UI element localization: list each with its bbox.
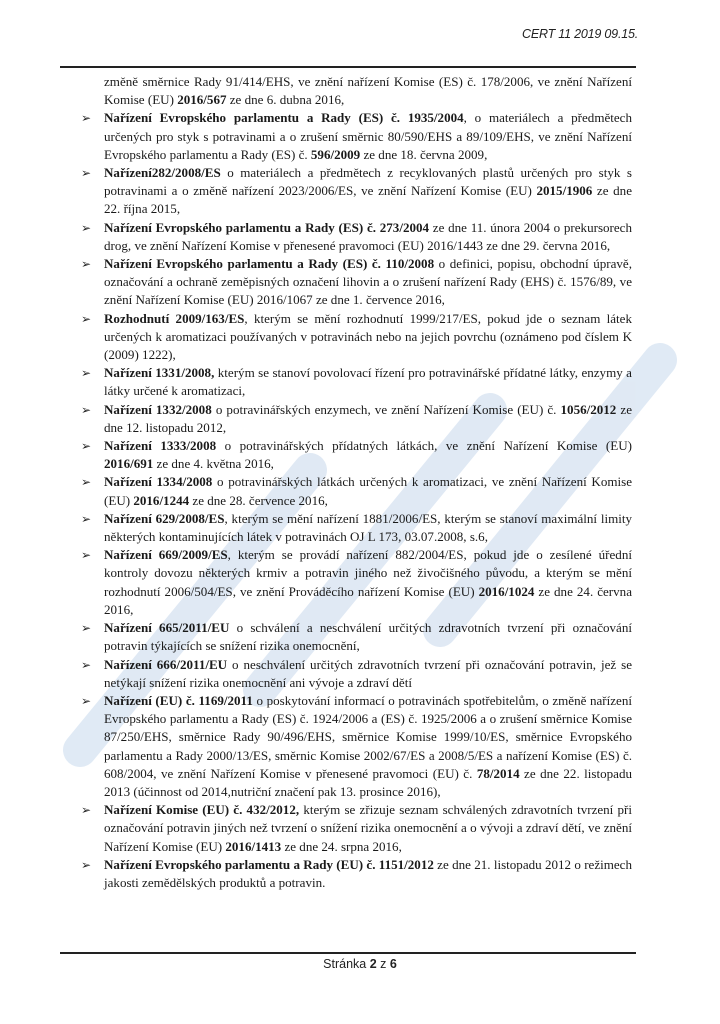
regulation-reference: 2016/691 bbox=[104, 456, 153, 471]
regulation-text: ze dne 28. července 2016, bbox=[189, 493, 328, 508]
regulation-reference: Nařízení 1333/2008 bbox=[104, 438, 216, 453]
regulation-reference: 2016/1244 bbox=[133, 493, 189, 508]
regulation-reference: Nařízení 1334/2008 bbox=[104, 474, 212, 489]
regulation-reference: 1056/2012 bbox=[561, 402, 617, 417]
regulation-item: ➢Nařízení 1332/2008 o potravinářských en… bbox=[81, 401, 632, 437]
arrow-bullet-icon: ➢ bbox=[81, 510, 91, 528]
regulation-item: ➢Rozhodnutí 2009/163/ES, kterým se mění … bbox=[81, 310, 632, 365]
regulation-reference: Nařízení Evropského parlamentu a Rady (E… bbox=[104, 220, 429, 235]
regulation-item: ➢Nařízení 669/2009/ES, kterým se provádí… bbox=[81, 546, 632, 619]
regulation-reference: 596/2009 bbox=[311, 147, 360, 162]
arrow-bullet-icon: ➢ bbox=[81, 801, 91, 819]
arrow-bullet-icon: ➢ bbox=[81, 473, 91, 491]
arrow-bullet-icon: ➢ bbox=[81, 109, 91, 127]
regulation-text: ze dne 4. května 2016, bbox=[153, 456, 274, 471]
regulation-item: ➢Nařízení (EU) č. 1169/2011 o poskytován… bbox=[81, 692, 632, 801]
regulation-text: ze dne 24. srpna 2016, bbox=[281, 839, 402, 854]
arrow-bullet-icon: ➢ bbox=[81, 364, 91, 382]
regulation-item: ➢Nařízení Evropského parlamentu a Rady (… bbox=[81, 856, 632, 892]
document-code: CERT 11 2019 09.15. bbox=[522, 27, 638, 41]
arrow-bullet-icon: ➢ bbox=[81, 656, 91, 674]
page-indicator: Stránka 2 z 6 bbox=[0, 957, 720, 971]
regulation-reference: Nařízení 629/2008/ES bbox=[104, 511, 225, 526]
arrow-bullet-icon: ➢ bbox=[81, 219, 91, 237]
regulation-reference: 2016/1024 bbox=[479, 584, 535, 599]
regulation-reference: Nařízení 665/2011/EU bbox=[104, 620, 229, 635]
regulation-item: ➢Nařízení 629/2008/ES, kterým se mění na… bbox=[81, 510, 632, 546]
regulation-reference: 2016/567 bbox=[177, 92, 226, 107]
regulation-text: ze dne 6. dubna 2016, bbox=[227, 92, 345, 107]
regulation-item: ➢Nařízení Komise (EU) č. 432/2012, který… bbox=[81, 801, 632, 856]
arrow-bullet-icon: ➢ bbox=[81, 546, 91, 564]
arrow-bullet-icon: ➢ bbox=[81, 692, 91, 710]
regulation-item: ➢Nařízení Evropského parlamentu a Rady (… bbox=[81, 255, 632, 310]
regulation-reference: 2015/1906 bbox=[536, 183, 592, 198]
footer-divider bbox=[60, 952, 636, 954]
arrow-bullet-icon: ➢ bbox=[81, 437, 91, 455]
arrow-bullet-icon: ➢ bbox=[81, 164, 91, 182]
regulation-item: ➢Nařízení 1334/2008 o potravinářských lá… bbox=[81, 473, 632, 509]
regulation-reference: Nařízení 1332/2008 bbox=[104, 402, 212, 417]
arrow-bullet-icon: ➢ bbox=[81, 401, 91, 419]
regulation-reference: Nařízení (EU) č. 1169/2011 bbox=[104, 693, 253, 708]
header-divider bbox=[60, 66, 636, 68]
regulation-reference: Nařízení282/2008/ES bbox=[104, 165, 221, 180]
regulation-item: ➢Nařízení Evropského parlamentu a Rady (… bbox=[81, 219, 632, 255]
regulation-item: ➢Nařízení 665/2011/EU o schválení a nesc… bbox=[81, 619, 632, 655]
regulations-list: změně směrnice Rady 91/414/EHS, ve znění… bbox=[81, 73, 632, 892]
arrow-bullet-icon: ➢ bbox=[81, 310, 91, 328]
arrow-bullet-icon: ➢ bbox=[81, 856, 91, 874]
regulation-item: ➢Nařízení282/2008/ES o materiálech a pře… bbox=[81, 164, 632, 219]
regulation-reference: Rozhodnutí 2009/163/ES bbox=[104, 311, 244, 326]
regulation-item: ➢Nařízení 1333/2008 o potravinářských př… bbox=[81, 437, 632, 473]
page-separator: z bbox=[380, 957, 386, 971]
regulation-reference: Nařízení Komise (EU) č. 432/2012, bbox=[104, 802, 299, 817]
page-label: Stránka bbox=[323, 957, 366, 971]
arrow-bullet-icon: ➢ bbox=[81, 255, 91, 273]
regulation-reference: Nařízení 666/2011/EU bbox=[104, 657, 227, 672]
regulation-text: o potravinářských enzymech, ve znění Nař… bbox=[212, 402, 561, 417]
continued-item-text: změně směrnice Rady 91/414/EHS, ve znění… bbox=[81, 73, 632, 109]
regulation-reference: 2016/1413 bbox=[225, 839, 281, 854]
regulation-reference: Nařízení 1331/2008, bbox=[104, 365, 214, 380]
regulation-reference: Nařízení Evropského parlamentu a Rady (E… bbox=[104, 110, 464, 125]
regulation-reference: Nařízení Evropského parlamentu a Rady (E… bbox=[104, 256, 434, 271]
regulation-item: ➢Nařízení Evropského parlamentu a Rady (… bbox=[81, 109, 632, 164]
regulation-reference: Nařízení 669/2009/ES bbox=[104, 547, 228, 562]
arrow-bullet-icon: ➢ bbox=[81, 619, 91, 637]
regulation-reference: 78/2014 bbox=[477, 766, 520, 781]
total-pages: 6 bbox=[390, 957, 397, 971]
regulation-reference: Nařízení Evropského parlamentu a Rady (E… bbox=[104, 857, 434, 872]
regulation-item: ➢Nařízení 1331/2008, kterým se stanoví p… bbox=[81, 364, 632, 400]
regulation-item: ➢Nařízení 666/2011/EU o neschválení urči… bbox=[81, 656, 632, 692]
regulation-text: ze dne 18. června 2009, bbox=[360, 147, 487, 162]
current-page: 2 bbox=[370, 957, 377, 971]
regulation-text: o potravinářských přídatných látkách, ve… bbox=[216, 438, 632, 453]
